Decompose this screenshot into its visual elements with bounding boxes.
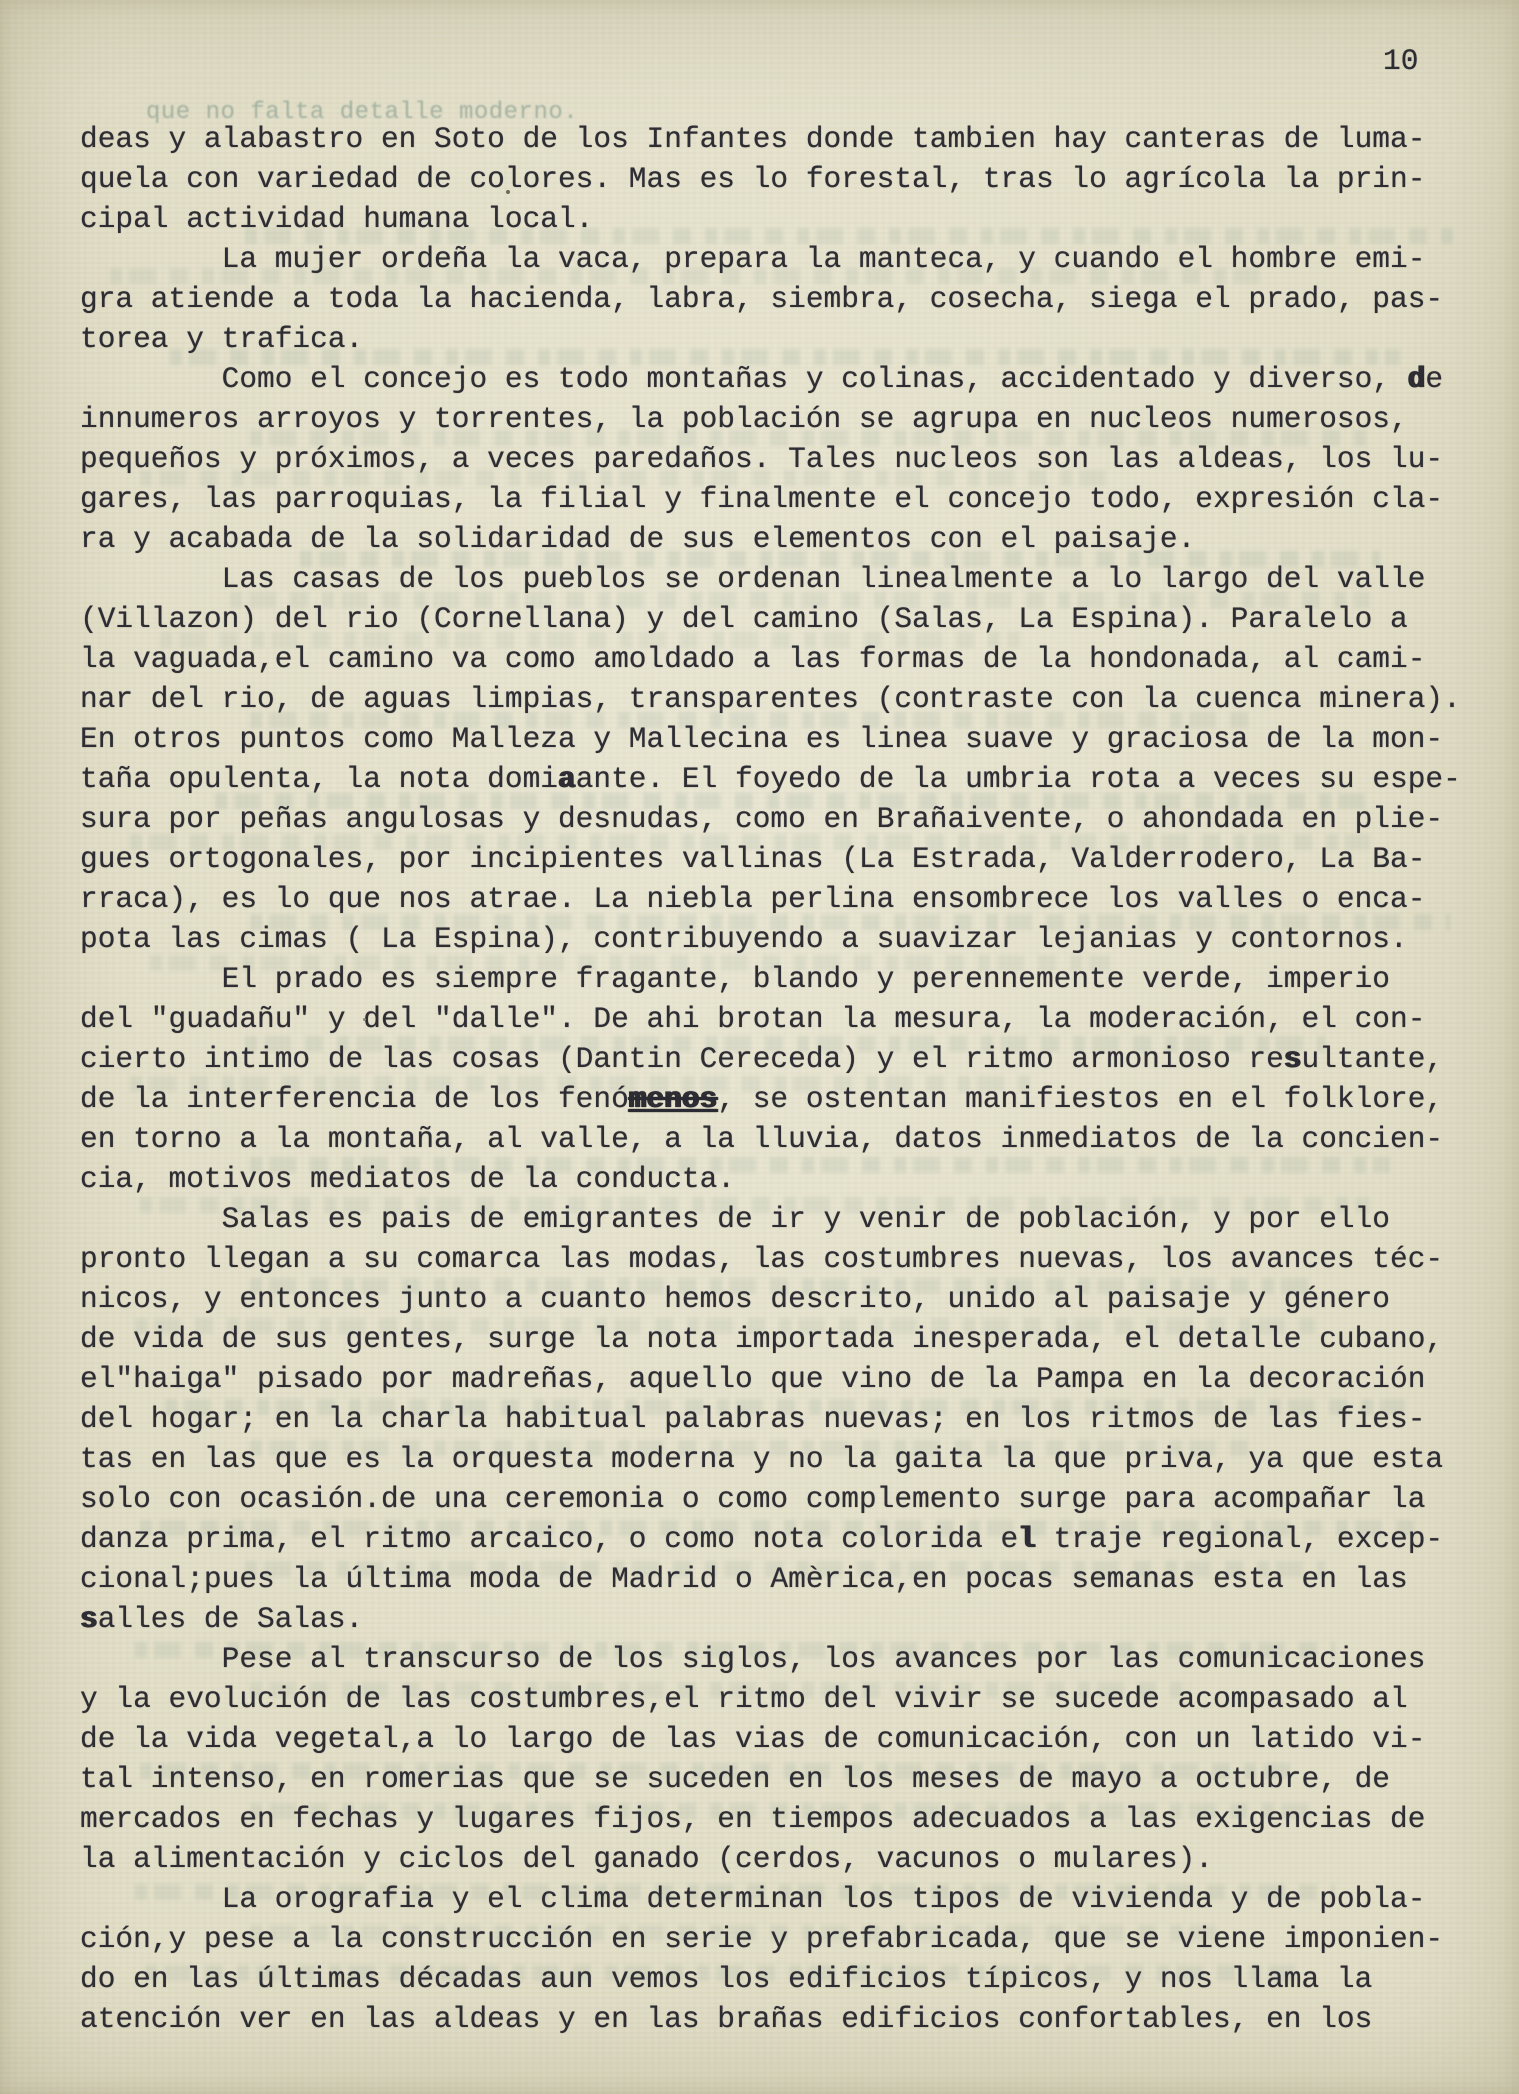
- text-line: gra atiende a toda la hacienda, labra, s…: [80, 279, 1461, 319]
- text-line: danza prima, el ritmo arcaico, o como no…: [80, 1519, 1461, 1559]
- text-line: cional;pues la última moda de Madrid o A…: [80, 1559, 1461, 1599]
- text-line: del hogar; en la charla habitual palabra…: [80, 1399, 1461, 1439]
- overstruck-text: menos: [629, 1082, 718, 1116]
- text-line: do en las últimas décadas aun vemos los …: [80, 1959, 1461, 1999]
- text-line: nicos, y entonces junto a cuanto hemos d…: [80, 1279, 1461, 1319]
- page-number: 10: [1383, 44, 1418, 78]
- text-line: atención ver en las aldeas y en las brañ…: [80, 1999, 1461, 2039]
- text-line: En otros puntos como Malleza y Mallecina…: [80, 719, 1461, 759]
- text-line: Como el concejo es todo montañas y colin…: [80, 359, 1461, 399]
- text-line: tas en las que es la orquesta moderna y …: [80, 1439, 1461, 1479]
- text-line: cipal actividad humana local.: [80, 199, 1461, 239]
- text-line: pronto llegan a su comarca las modas, la…: [80, 1239, 1461, 1279]
- text-line: ra y acabada de la solidaridad de sus el…: [80, 519, 1461, 559]
- typewritten-text-block: deas y alabastro en Soto de los Infantes…: [80, 119, 1461, 2039]
- text-line: salles de Salas.: [80, 1599, 1461, 1639]
- overstruck-text: s: [80, 1602, 98, 1636]
- document-page: 10 que no falta detalle moderno. deas y …: [0, 0, 1519, 2094]
- text-line: cierto intimo de las cosas (Dantin Cerec…: [80, 1039, 1461, 1079]
- text-line: la alimentación y ciclos del ganado (cer…: [80, 1839, 1461, 1879]
- text-line: cia, motivos mediatos de la conducta.: [80, 1159, 1461, 1199]
- text-line: El prado es siempre fragante, blando y p…: [80, 959, 1461, 999]
- text-line: Pese al transcurso de los siglos, los av…: [80, 1639, 1461, 1679]
- text-line: mercados en fechas y lugares fijos, en t…: [80, 1799, 1461, 1839]
- text-line: La orografia y el clima determinan los t…: [80, 1879, 1461, 1919]
- overstruck-text: s: [1284, 1042, 1302, 1076]
- text-line: deas y alabastro en Soto de los Infantes…: [80, 119, 1461, 159]
- text-line: (Villazon) del rio (Cornellana) y del ca…: [80, 599, 1461, 639]
- text-line: de la vida vegetal,a lo largo de las via…: [80, 1719, 1461, 1759]
- text-line: solo con ocasión.de una ceremonia o como…: [80, 1479, 1461, 1519]
- text-line: gues ortogonales, por incipientes vallin…: [80, 839, 1461, 879]
- text-line: en torno a la montaña, al valle, a la ll…: [80, 1119, 1461, 1159]
- text-line: Las casas de los pueblos se ordenan line…: [80, 559, 1461, 599]
- text-line: tal intenso, en romerias que se suceden …: [80, 1759, 1461, 1799]
- text-line: torea y trafica.: [80, 319, 1461, 359]
- overstruck-text: d: [1408, 362, 1426, 396]
- text-line: sura por peñas angulosas y desnudas, com…: [80, 799, 1461, 839]
- text-line: taña opulenta, la nota domiaante. El foy…: [80, 759, 1461, 799]
- text-line: el"haiga" pisado por madreñas, aquello q…: [80, 1359, 1461, 1399]
- text-line: gares, las parroquias, la filial y final…: [80, 479, 1461, 519]
- overstruck-text: a: [558, 762, 576, 796]
- text-line: rraca), es lo que nos atrae. La niebla p…: [80, 879, 1461, 919]
- text-line: la vaguada,el camino va como amoldado a …: [80, 639, 1461, 679]
- text-line: pequeños y próximos, a veces paredaños. …: [80, 439, 1461, 479]
- text-line: pota las cimas ( La Espina), contribuyen…: [80, 919, 1461, 959]
- overstruck-text: l: [1018, 1522, 1036, 1556]
- text-line: de la interferencia de los fenómenos, se…: [80, 1079, 1461, 1119]
- text-line: Salas es pais de emigrantes de ir y veni…: [80, 1199, 1461, 1239]
- text-line: y la evolución de las costumbres,el ritm…: [80, 1679, 1461, 1719]
- text-line: La mujer ordeña la vaca, prepara la mant…: [80, 239, 1461, 279]
- text-line: de vida de sus gentes, surge la nota imp…: [80, 1319, 1461, 1359]
- text-line: innumeros arroyos y torrentes, la poblac…: [80, 399, 1461, 439]
- text-line: nar del rio, de aguas limpias, transpare…: [80, 679, 1461, 719]
- text-line: quela con variedad de colores. Mas es lo…: [80, 159, 1461, 199]
- text-line: ción,y pese a la construcción en serie y…: [80, 1919, 1461, 1959]
- text-line: del "guadañu" y del "dalle". De ahi brot…: [80, 999, 1461, 1039]
